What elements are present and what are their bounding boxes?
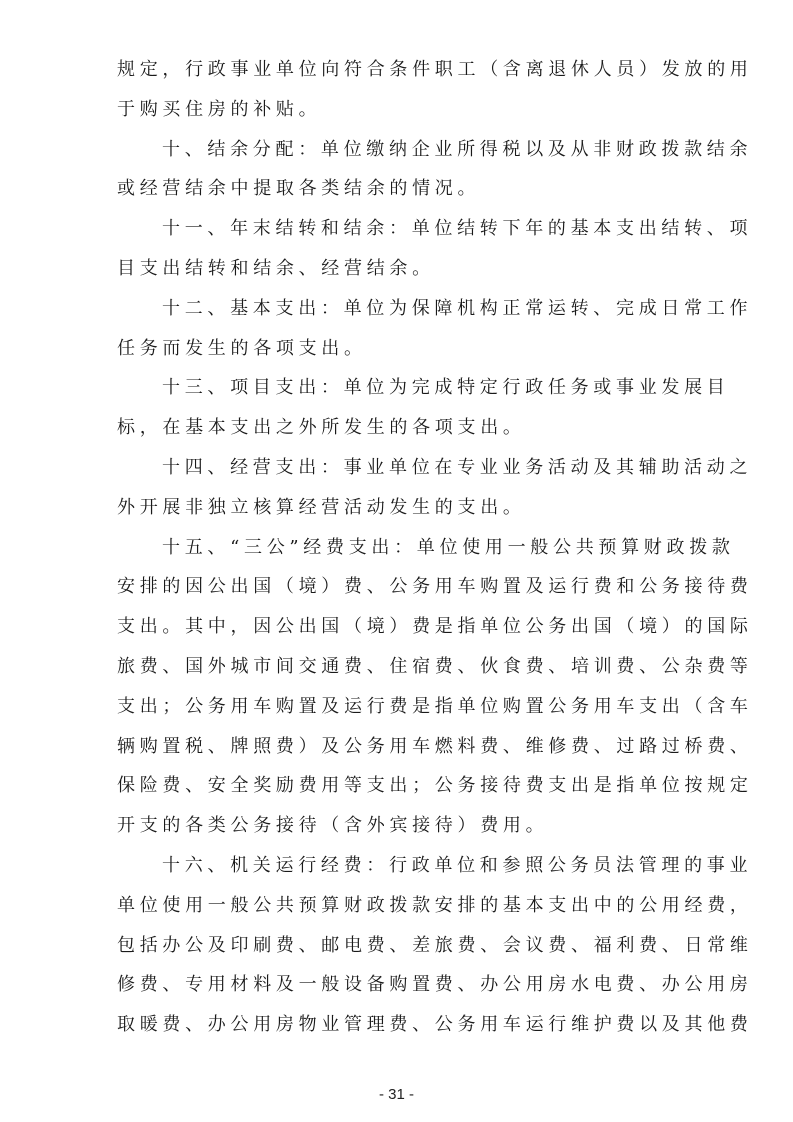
- text-line: 标，在基本支出之外所发生的各项支出。: [117, 408, 689, 448]
- text-line: 支出；公务用车购置及运行费是指单位购置公务用车支出（含车: [117, 687, 689, 727]
- section-14-heading-line: 十四、经营支出：事业单位在专业业务活动及其辅助活动之: [117, 448, 689, 488]
- section-12-heading-line: 十二、基本支出：单位为保障机构正常运转、完成日常工作: [117, 289, 689, 329]
- text-line: 修费、专用材料及一般设备购置费、办公用房水电费、办公用房: [117, 965, 689, 1005]
- text-line: 于购买住房的补贴。: [117, 90, 689, 130]
- text-line: 支出。其中，因公出国（境）费是指单位公务出国（境）的国际: [117, 607, 689, 647]
- text-line: 任务而发生的各项支出。: [117, 329, 689, 369]
- section-16-heading-line: 十六、机关运行经费：行政单位和参照公务员法管理的事业: [117, 846, 689, 886]
- text-line: 目支出结转和结余、经营结余。: [117, 249, 689, 289]
- section-10-heading-line: 十、结余分配：单位缴纳企业所得税以及从非财政拨款结余: [117, 130, 689, 170]
- page-number: - 31 -: [0, 1086, 793, 1103]
- text-line: 辆购置税、牌照费）及公务用车燃料费、维修费、过路过桥费、: [117, 727, 689, 767]
- section-11-heading-line: 十一、年末结转和结余：单位结转下年的基本支出结转、项: [117, 209, 689, 249]
- document-page: 规定，行政事业单位向符合条件职工（含离退休人员）发放的用 于购买住房的补贴。 十…: [0, 0, 793, 1122]
- text-line: 单位使用一般公共预算财政拨款安排的基本支出中的公用经费，: [117, 886, 689, 926]
- text-line: 包括办公及印刷费、邮电费、差旅费、会议费、福利费、日常维: [117, 926, 689, 966]
- text-line: 规定，行政事业单位向符合条件职工（含离退休人员）发放的用: [117, 50, 689, 90]
- text-line: 外开展非独立核算经营活动发生的支出。: [117, 488, 689, 528]
- text-line: 安排的因公出国（境）费、公务用车购置及运行费和公务接待费: [117, 567, 689, 607]
- section-13-heading-line: 十三、项目支出：单位为完成特定行政任务或事业发展目: [117, 368, 689, 408]
- body-text: 规定，行政事业单位向符合条件职工（含离退休人员）发放的用 于购买住房的补贴。 十…: [117, 50, 689, 1045]
- text-line: 取暖费、办公用房物业管理费、公务用车运行维护费以及其他费: [117, 1005, 689, 1045]
- text-line: 旅费、国外城市间交通费、住宿费、伙食费、培训费、公杂费等: [117, 647, 689, 687]
- text-line: 保险费、安全奖励费用等支出；公务接待费支出是指单位按规定: [117, 766, 689, 806]
- text-line: 或经营结余中提取各类结余的情况。: [117, 169, 689, 209]
- text-line: 开支的各类公务接待（含外宾接待）费用。: [117, 806, 689, 846]
- section-15-heading-line: 十五、“三公”经费支出：单位使用一般公共预算财政拨款: [117, 528, 689, 568]
